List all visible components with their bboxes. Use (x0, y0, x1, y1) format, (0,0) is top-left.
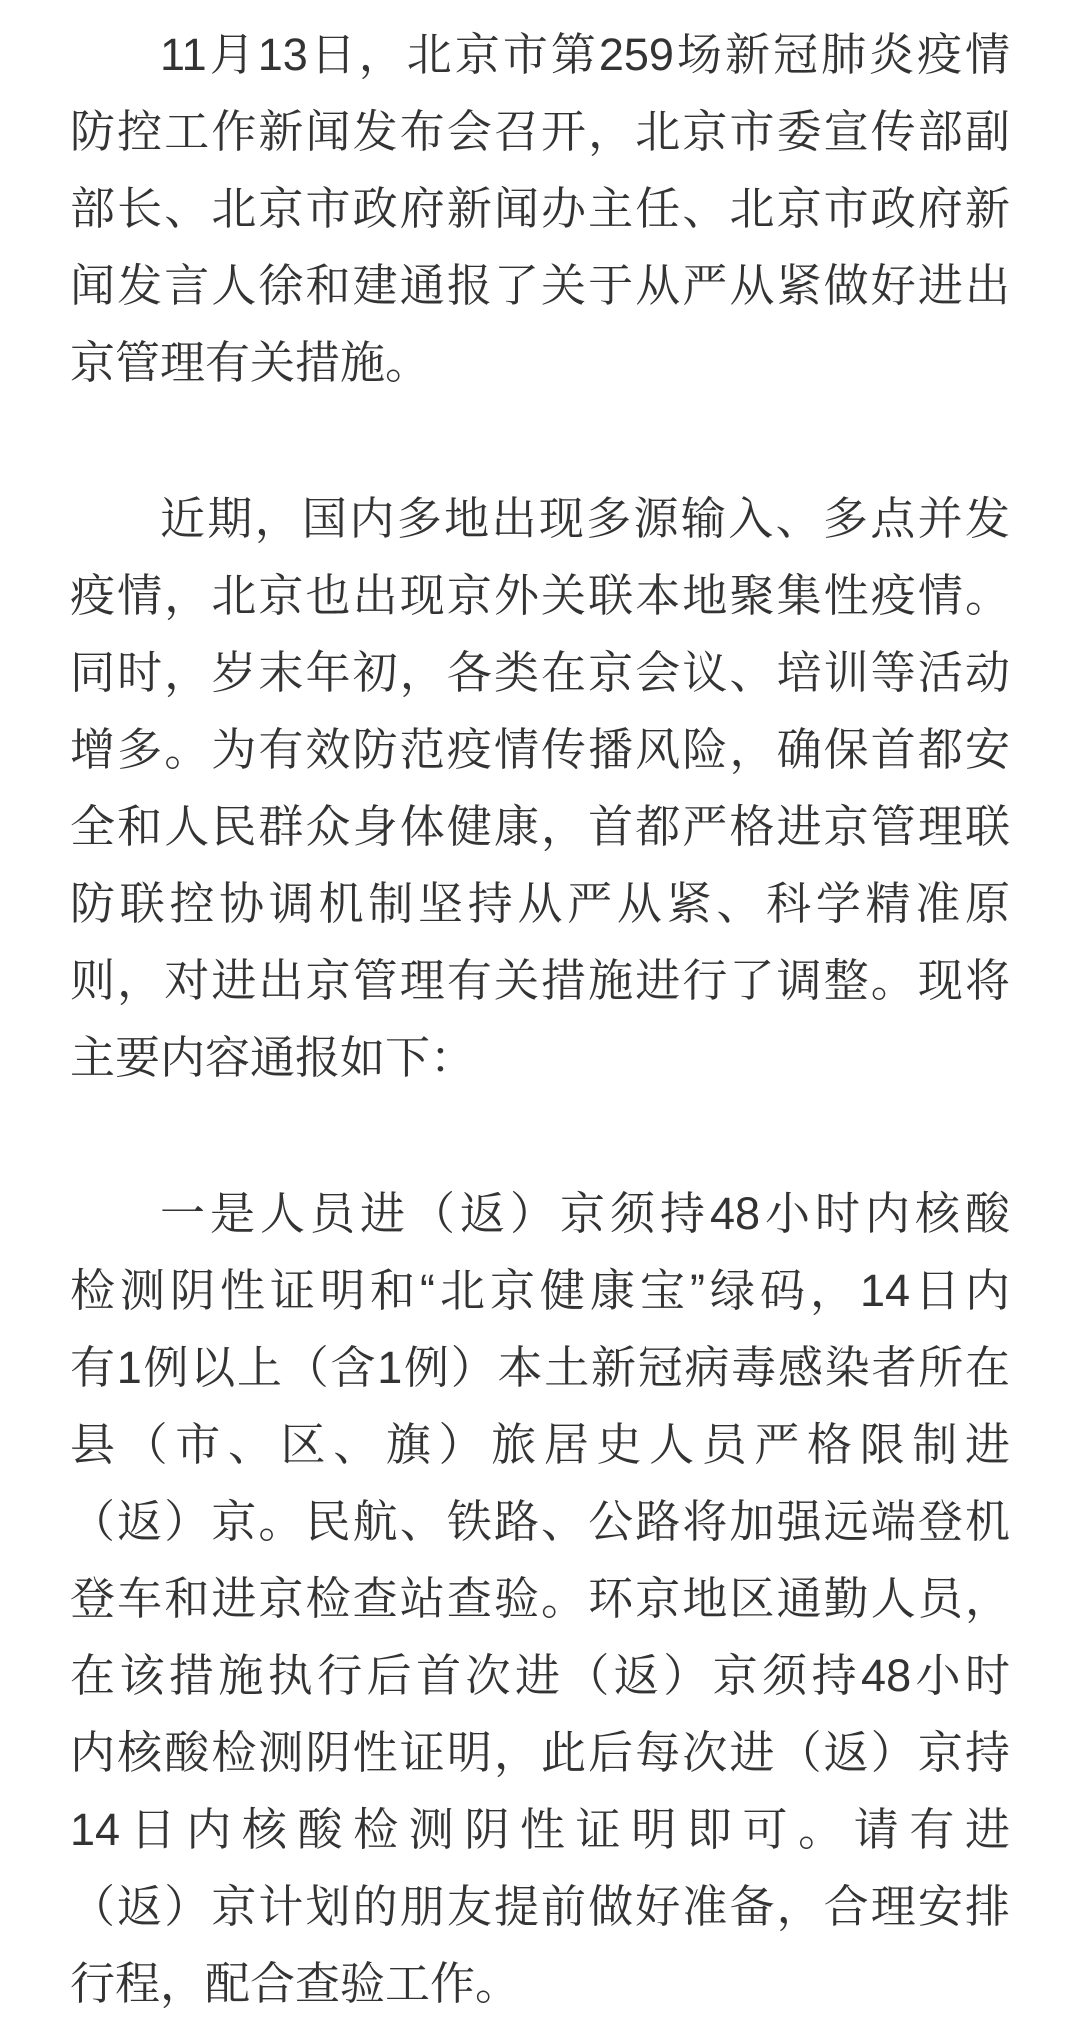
text-line: 京管理有关措施。 (70, 324, 1010, 401)
text-line: 检测阴性证明和“北京健康宝”绿码，14日内 (70, 1252, 1010, 1329)
paragraph: 一是人员进（返）京须持48小时内核酸检测阴性证明和“北京健康宝”绿码，14日内有… (70, 1175, 1010, 2022)
text-line: 11月13日，北京市第259场新冠肺炎疫情 (70, 16, 1010, 93)
text-line: （返）京计划的朋友提前做好准备，合理安排 (70, 1868, 1010, 1945)
text-line: 主要内容通报如下： (70, 1019, 1010, 1096)
text-line: 全和人民群众身体健康，首都严格进京管理联 (70, 788, 1010, 865)
paragraph: 11月13日，北京市第259场新冠肺炎疫情防控工作新闻发布会召开，北京市委宣传部… (70, 16, 1010, 401)
text-line: 县（市、区、旗）旅居史人员严格限制进 (70, 1406, 1010, 1483)
text-line: （返）京。民航、铁路、公路将加强远端登机 (70, 1483, 1010, 1560)
text-line: 在该措施执行后首次进（返）京须持48小时 (70, 1637, 1010, 1714)
text-line: 疫情，北京也出现京外关联本地聚集性疫情。 (70, 557, 1010, 634)
text-line: 防联控协调机制坚持从严从紧、科学精准原 (70, 865, 1010, 942)
text-line: 增多。为有效防范疫情传播风险，确保首都安 (70, 711, 1010, 788)
text-line: 部长、北京市政府新闻办主任、北京市政府新 (70, 170, 1010, 247)
text-line: 一是人员进（返）京须持48小时内核酸 (70, 1175, 1010, 1252)
text-line: 近期，国内多地出现多源输入、多点并发 (70, 480, 1010, 557)
text-line: 登车和进京检查站查验。环京地区通勤人员， (70, 1560, 1010, 1637)
article-body: 11月13日，北京市第259场新冠肺炎疫情防控工作新闻发布会召开，北京市委宣传部… (0, 0, 1080, 2022)
text-line: 闻发言人徐和建通报了关于从严从紧做好进出 (70, 247, 1010, 324)
text-line: 防控工作新闻发布会召开，北京市委宣传部副 (70, 93, 1010, 170)
text-line: 同时，岁末年初，各类在京会议、培训等活动 (70, 634, 1010, 711)
text-line: 14日内核酸检测阴性证明即可。请有进 (70, 1791, 1010, 1868)
text-line: 有1例以上（含1例）本土新冠病毒感染者所在 (70, 1329, 1010, 1406)
text-line: 则，对进出京管理有关措施进行了调整。现将 (70, 942, 1010, 1019)
text-line: 行程，配合查验工作。 (70, 1945, 1010, 2022)
paragraph: 近期，国内多地出现多源输入、多点并发疫情，北京也出现京外关联本地聚集性疫情。同时… (70, 480, 1010, 1096)
text-line: 内核酸检测阴性证明，此后每次进（返）京持 (70, 1714, 1010, 1791)
